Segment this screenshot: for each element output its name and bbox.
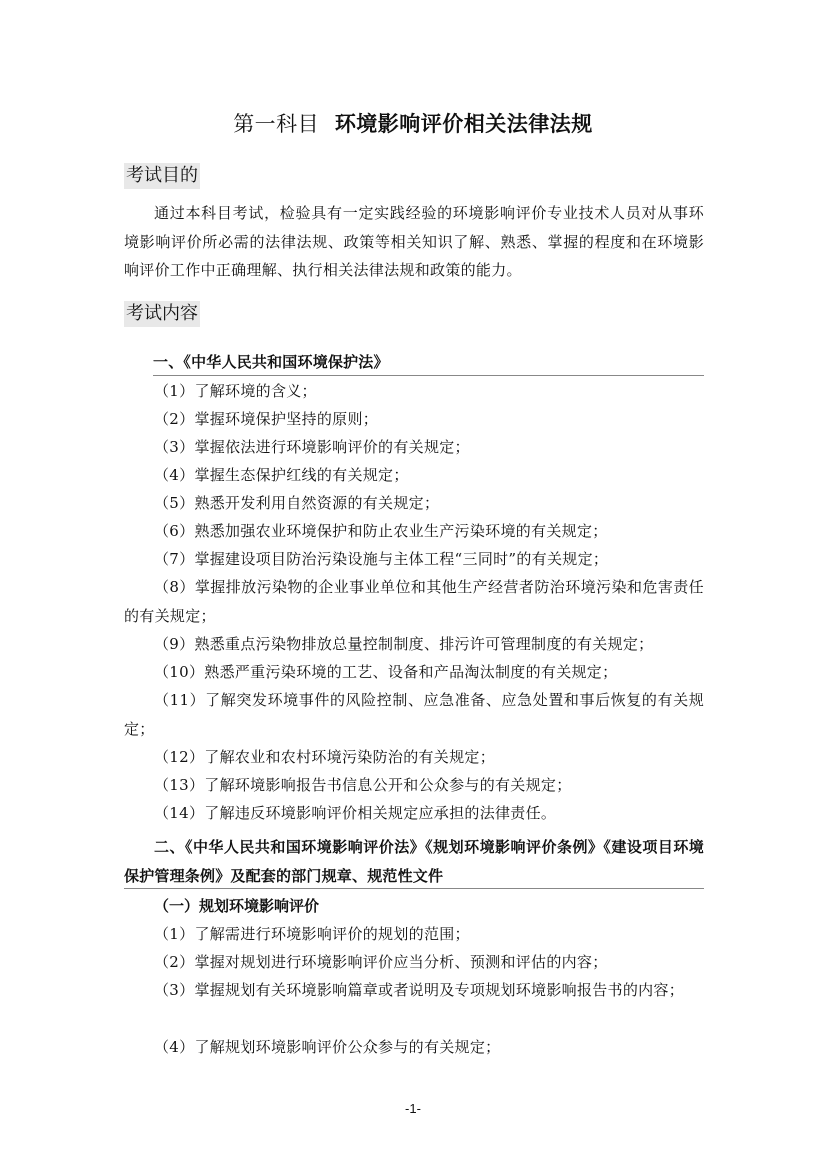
list-item: （6）熟悉加强农业环境保护和防止农业生产污染环境的有关规定； — [124, 517, 704, 546]
page-title: 第一科目 环境影响评价相关法律法规 — [0, 108, 826, 138]
section-heading-purpose: 考试目的 — [124, 163, 200, 189]
law-heading-1: 一、《中华人民共和国环境保护法》 — [153, 348, 389, 376]
list-item: （13）了解环境影响报告书信息公开和公众参与的有关规定； — [124, 771, 704, 800]
list-item: （8）掌握排放污染物的企业事业单位和其他生产经营者防治环境污染和危害责任的有关规… — [124, 573, 704, 630]
list-item: （2）掌握环境保护坚持的原则； — [124, 405, 704, 434]
list-item: （4）了解规划环境影响评价公众参与的有关规定； — [124, 1033, 704, 1062]
title-main: 环境影响评价相关法律法规 — [335, 112, 593, 136]
list-item: （14）了解违反环境影响评价相关规定应承担的法律责任。 — [124, 799, 704, 828]
subsection-heading: （一）规划环境影响评价 — [154, 893, 319, 919]
page-number: -1- — [0, 1101, 826, 1116]
purpose-paragraph: 通过本科目考试，检验具有一定实践经验的环境影响评价专业技术人员对从事环境影响评价… — [124, 199, 704, 285]
title-prefix: 第一科目 — [233, 112, 319, 136]
law-heading-2: 二、《中华人民共和国环境影响评价法》《规划环境影响评价条例》《建设项目环境保护管… — [124, 833, 704, 891]
list-item: （5）熟悉开发利用自然资源的有关规定； — [124, 489, 704, 518]
list-item: （1）了解需进行环境影响评价的规划的范围； — [124, 920, 704, 949]
list-item: （10）熟悉严重污染环境的工艺、设备和产品淘汰制度的有关规定； — [124, 658, 704, 687]
list-item: （4）掌握生态保护红线的有关规定； — [124, 461, 704, 490]
list-item: （3）掌握规划有关环境影响篇章或者说明及专项规划环境影响报告书的内容； — [124, 976, 704, 1005]
list-item: （11）了解突发环境事件的风险控制、应急准备、应急处置和事后恢复的有关规定； — [124, 686, 704, 743]
heading-divider — [124, 888, 704, 889]
section-heading-content: 考试内容 — [124, 301, 200, 327]
list-item: （1）了解环境的含义； — [124, 377, 704, 406]
list-item: （2）掌握对规划进行环境影响评价应当分析、预测和评估的内容； — [124, 948, 704, 977]
list-item: （9）熟悉重点污染物排放总量控制制度、排污许可管理制度的有关规定； — [124, 630, 704, 659]
list-item: （3）掌握依法进行环境影响评价的有关规定； — [124, 433, 704, 462]
list-item: （12）了解农业和农村环境污染防治的有关规定； — [124, 743, 704, 772]
document-page: 第一科目 环境影响评价相关法律法规 考试目的 通过本科目考试，检验具有一定实践经… — [0, 0, 826, 1169]
list-item: （7）掌握建设项目防治污染设施与主体工程“三同时”的有关规定； — [124, 545, 704, 574]
heading-divider — [153, 375, 704, 376]
